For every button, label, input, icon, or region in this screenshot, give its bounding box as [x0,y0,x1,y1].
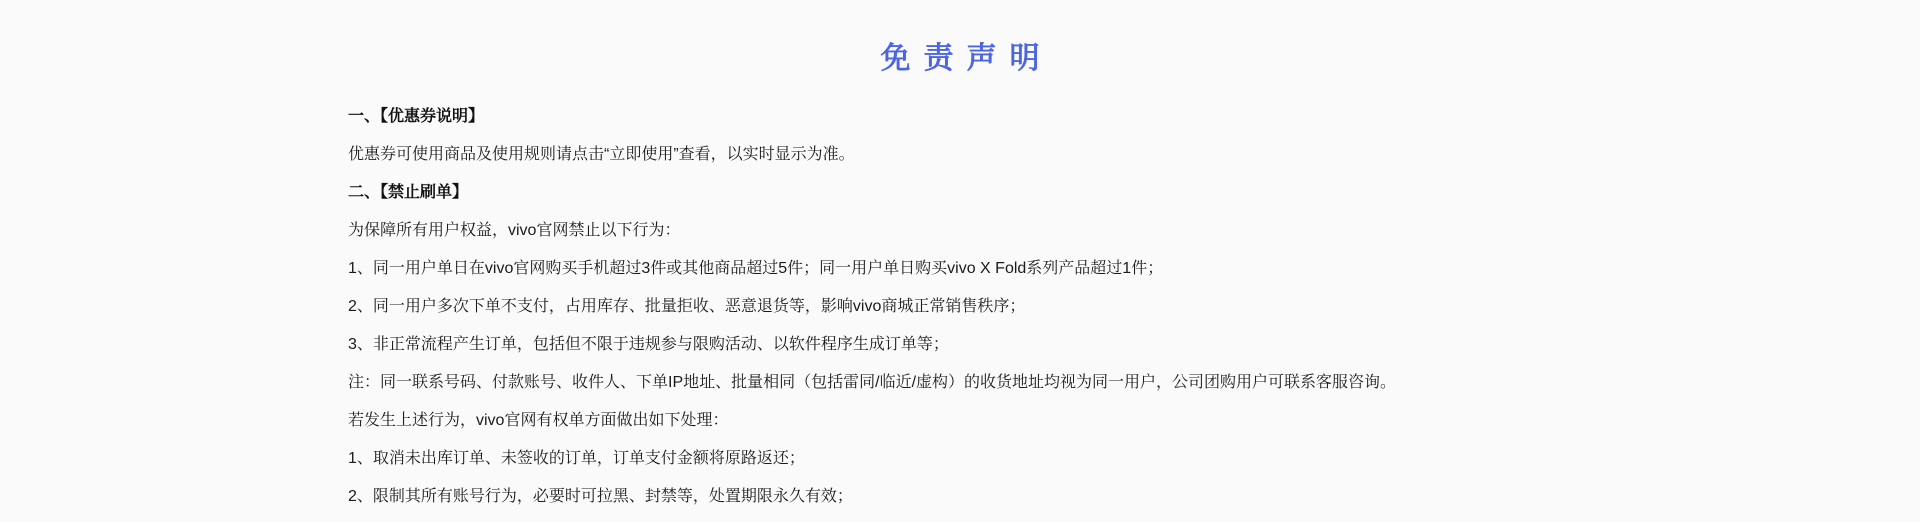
paragraph-coupon-usage: 优惠券可使用商品及使用规则请点击“立即使用”查看，以实时显示为准。 [348,144,1620,166]
paragraph-prohibited-rule-2: 2、同一用户多次下单不支付，占用库存、批量拒收、恶意退货等，影响vivo商城正常… [348,296,1620,318]
paragraph-prohibited-rule-3: 3、非正常流程产生订单，包括但不限于违规参与限购活动、以软件程序生成订单等； [348,334,1620,356]
paragraph-penalty-2: 2、限制其所有账号行为，必要时可拉黑、封禁等，处置期限永久有效； [348,486,1620,508]
paragraph-prohibited-rule-1: 1、同一用户单日在vivo官网购买手机超过3件或其他商品超过5件；同一用户单日购… [348,258,1620,280]
section-heading-no-scalping: 二、【禁止刷单】 [348,182,1620,204]
disclaimer-content: 一、【优惠券说明】 优惠券可使用商品及使用规则请点击“立即使用”查看，以实时显示… [0,106,1920,508]
disclaimer-page: 免责声明 一、【优惠券说明】 优惠券可使用商品及使用规则请点击“立即使用”查看，… [0,0,1920,522]
section-heading-coupon-notes: 一、【优惠券说明】 [348,106,1620,128]
paragraph-penalty-intro: 若发生上述行为，vivo官网有权单方面做出如下处理： [348,410,1620,432]
paragraph-penalty-1: 1、取消未出库订单、未签收的订单，订单支付金额将原路返还； [348,448,1620,470]
paragraph-prohibited-intro: 为保障所有用户权益，vivo官网禁止以下行为： [348,220,1620,242]
paragraph-same-user-note: 注：同一联系号码、付款账号、收件人、下单IP地址、批量相同（包括雷同/临近/虚构… [348,372,1620,394]
page-title: 免责声明 [0,40,1920,78]
